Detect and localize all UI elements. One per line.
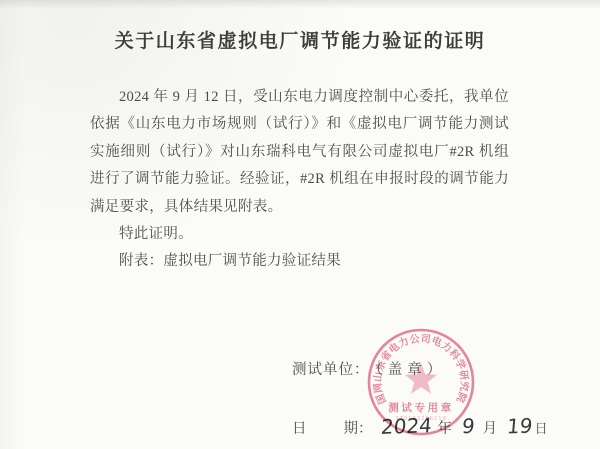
body-line: 满足要求，具体结果见附表。 (90, 194, 509, 221)
test-unit-line: 测试单位：（盖章） (292, 358, 446, 379)
document-title: 关于山东省虚拟电厂调节能力验证的证明 (0, 26, 600, 53)
closing-line: 特此证明。 (90, 221, 509, 248)
seal-center-label: 测试专用章 (388, 401, 454, 414)
date-label-rest: 期： (344, 417, 373, 438)
year-unit: 年 (437, 417, 452, 438)
test-unit-label: 测试单位： (292, 362, 370, 378)
body-line: 进行了调节能力验证。经验证，#2R 机组在申报时段的调节能力 (90, 166, 509, 193)
body-line: 依据《山东电力市场规则（试行）》和《虚拟电厂调节能力测试 (90, 111, 509, 138)
handwritten-year: 2024 (379, 413, 432, 439)
certificate-page: 关于山东省虚拟电厂调节能力验证的证明 2024 年 9 月 12 日，受山东电力… (0, 0, 600, 449)
date-line: 日 期： 2024 年 9 月 19 日 (292, 414, 548, 438)
handwritten-month: 9 (461, 414, 476, 439)
body-line: 实施细则（试行）》对山东瑞科电气有限公司虚拟电厂#2R 机组 (90, 139, 509, 166)
handwritten-day: 19 (506, 414, 534, 439)
date-label-day: 日 (292, 417, 307, 438)
document-body: 2024 年 9 月 12 日，受山东电力调度控制中心委托，我单位 依据《山东电… (90, 84, 509, 276)
body-line: 2024 年 9 月 12 日，受山东电力调度控制中心委托，我单位 (90, 84, 509, 111)
attachment-line: 附表：虚拟电厂调节能力验证结果 (90, 248, 509, 275)
stamp-placeholder: （盖章） (376, 362, 447, 378)
day-unit: 日 (535, 418, 548, 437)
month-unit: 月 (483, 417, 498, 438)
